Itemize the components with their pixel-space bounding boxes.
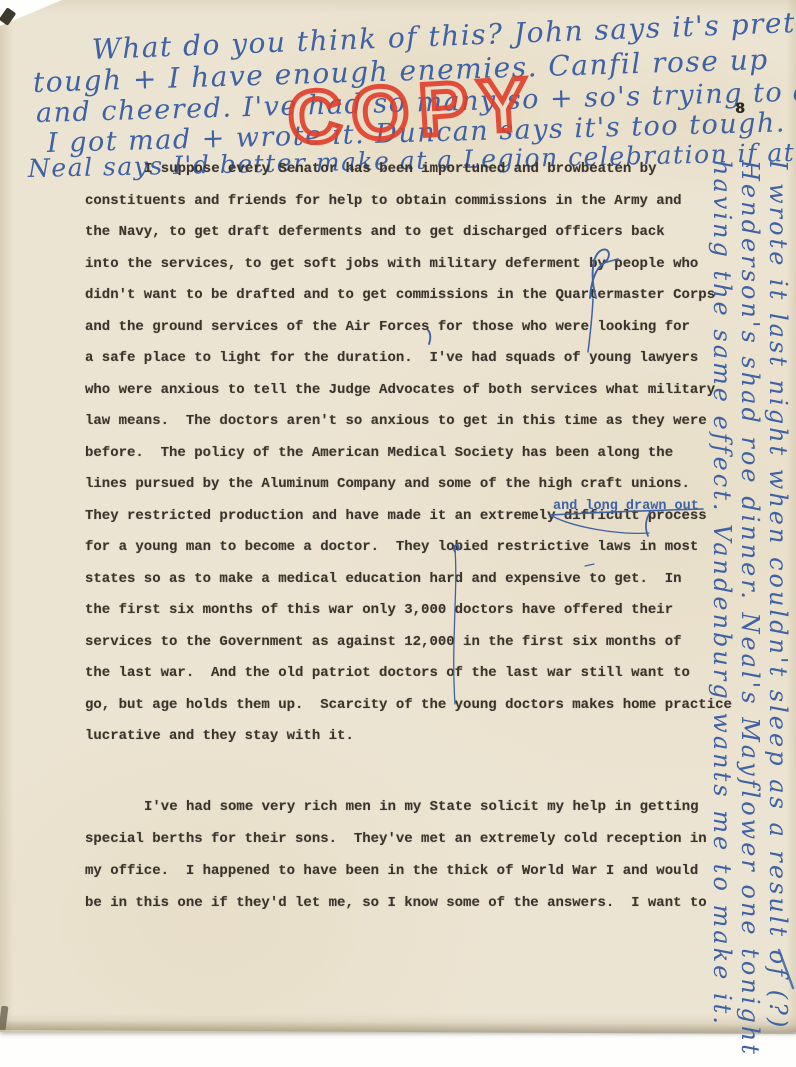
typed-line: constituents and friends for help to obt… bbox=[85, 186, 765, 218]
typed-line: I suppose every Senator has been importu… bbox=[85, 154, 765, 186]
margin-note-block: I wrote it last night when couldn't slee… bbox=[708, 160, 792, 1040]
typed-line: into the services, to get soft jobs with… bbox=[85, 249, 765, 281]
page-number: 8 bbox=[735, 100, 745, 118]
typed-line: a safe place to light for the duration. … bbox=[85, 343, 765, 375]
handwritten-insertion-text: and long drawn out bbox=[553, 499, 699, 514]
typed-line: the first six months of this war only 3,… bbox=[85, 595, 765, 627]
typed-line: lines pursued by the Aluminum Company an… bbox=[85, 469, 765, 501]
typed-line: services to the Government as against 12… bbox=[85, 627, 765, 659]
typed-line: go, but age holds them up. Scarcity of t… bbox=[85, 690, 765, 722]
typed-paragraph-2: I've had some very rich men in my State … bbox=[85, 791, 765, 919]
typed-line: before. The policy of the American Medic… bbox=[85, 438, 765, 470]
typed-line: the Navy, to get draft deferments and to… bbox=[85, 217, 765, 249]
margin-note-line-1: I wrote it last night when couldn't slee… bbox=[764, 160, 792, 1040]
typed-line: for a young man to become a doctor. They… bbox=[85, 532, 765, 564]
margin-note-line-3: having the same effect. Vandenburg wants… bbox=[708, 160, 736, 1040]
typed-line: lucrative and they stay with it. bbox=[85, 721, 765, 753]
typed-line: my office. I happened to have been in th… bbox=[85, 855, 765, 887]
margin-note-line-2: Henderson's shad roe dinner. Neal's Mayf… bbox=[736, 160, 764, 1040]
typed-line: law means. The doctors aren't so anxious… bbox=[85, 406, 765, 438]
typed-line: and the ground services of the Air Force… bbox=[85, 312, 765, 344]
typed-line: I've had some very rich men in my State … bbox=[85, 791, 765, 823]
typed-line: special berths for their sons. They've m… bbox=[85, 823, 765, 855]
typed-line: the last war. And the old patriot doctor… bbox=[85, 658, 765, 690]
typed-line: states so as to make a medical education… bbox=[85, 564, 765, 596]
typed-paragraph-1: I suppose every Senator has been importu… bbox=[85, 154, 765, 753]
typed-line: be in this one if they'd let me, so I kn… bbox=[85, 887, 765, 919]
copy-stamp: COPY bbox=[286, 66, 540, 155]
typed-line: didn't want to be drafted and to get com… bbox=[85, 280, 765, 312]
typed-line: who were anxious to tell the Judge Advoc… bbox=[85, 375, 765, 407]
